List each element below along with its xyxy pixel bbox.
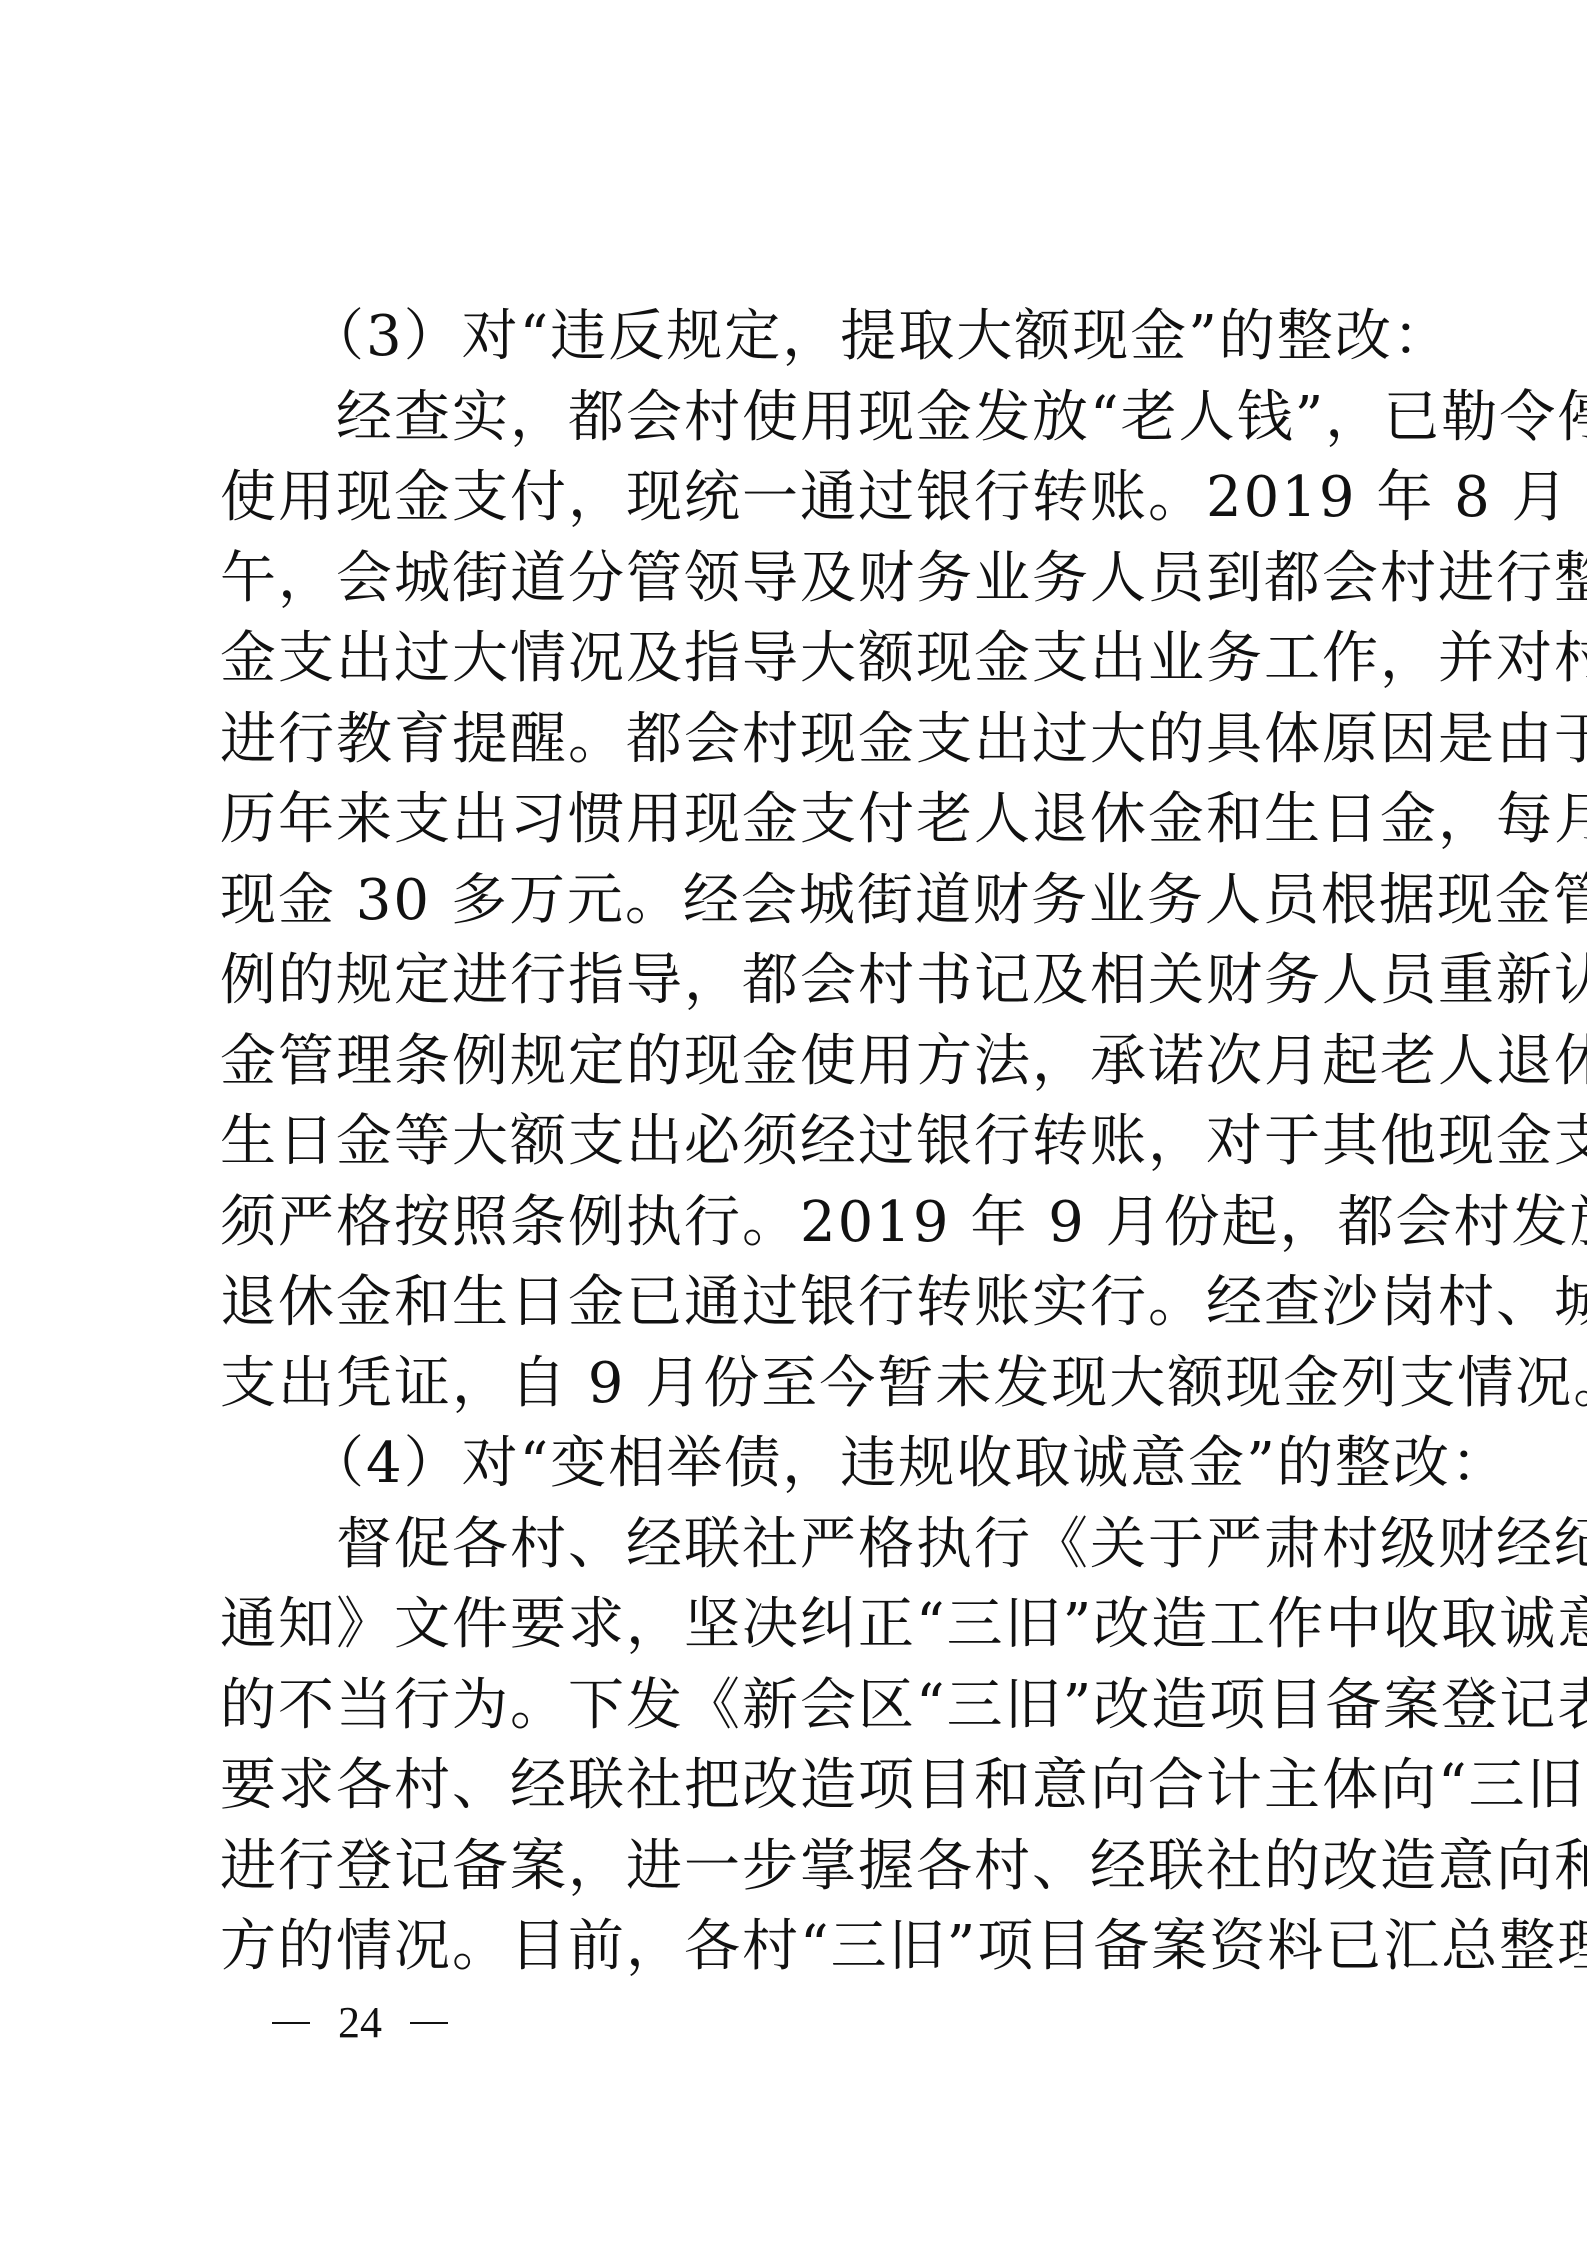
text-line: 使用现金支付，现统一通过银行转账。2019 年 8 月 30 日上 <box>220 458 1372 539</box>
text-line: 例的规定进行指导，都会村书记及相关财务人员重新认识现 <box>220 941 1372 1022</box>
right-dash <box>410 2022 448 2024</box>
page-number: 24 <box>338 1998 382 2048</box>
document-body: （3）对“违反规定，提取大额现金”的整改： 经查实，都会村使用现金发放“老人钱”… <box>220 297 1380 1988</box>
text-line: 方的情况。目前，各村“三旧”项目备案资料已汇总整理完 <box>220 1907 1372 1988</box>
page-footer: 24 <box>272 1998 448 2048</box>
text-line: 支出凭证，自 9 月份至今暂未发现大额现金列支情况。 <box>220 1344 1372 1425</box>
text-line: 历年来支出习惯用现金支付老人退休金和生日金，每月支付 <box>220 780 1372 861</box>
text-line: 午，会城街道分管领导及财务业务人员到都会村进行整改现 <box>220 539 1372 620</box>
text-line: 退休金和生日金已通过银行转账实行。经查沙岗村、城郊村 <box>220 1263 1372 1344</box>
section-heading-3: （3）对“违反规定，提取大额现金”的整改： <box>220 297 1372 378</box>
text-line: 督促各村、经联社严格执行《关于严肃村级财经纪律的 <box>220 1505 1372 1586</box>
text-line: 现金 30 多万元。经会城街道财务业务人员根据现金管理条 <box>220 861 1372 942</box>
text-line: 要求各村、经联社把改造项目和意向合计主体向“三旧”办 <box>220 1746 1372 1827</box>
text-line: 经查实，都会村使用现金发放“老人钱”，已勒令停止 <box>220 378 1372 459</box>
text-line: 须严格按照条例执行。2019 年 9 月份起，都会村发放老人 <box>220 1183 1372 1264</box>
text-line: 金管理条例规定的现金使用方法，承诺次月起老人退休金和 <box>220 1022 1372 1103</box>
text-line: 的不当行为。下发《新会区“三旧”改造项目备案登记表》， <box>220 1666 1372 1747</box>
text-line: 生日金等大额支出必须经过银行转账，对于其他现金支出必 <box>220 1102 1372 1183</box>
document-page: （3）对“违反规定，提取大额现金”的整改： 经查实，都会村使用现金发放“老人钱”… <box>0 0 1587 2245</box>
text-line: 通知》文件要求，坚决纠正“三旧”改造工作中收取诚意金 <box>220 1585 1372 1666</box>
text-line: 进行登记备案，进一步掌握各村、经联社的改造意向和合作 <box>220 1827 1372 1908</box>
section-heading-4: （4）对“变相举债，违规收取诚意金”的整改： <box>220 1424 1372 1505</box>
text-line: 金支出过大情况及指导大额现金支出业务工作，并对村书记 <box>220 619 1372 700</box>
left-dash <box>272 2022 310 2024</box>
text-line: 进行教育提醒。都会村现金支出过大的具体原因是由于该村 <box>220 700 1372 781</box>
